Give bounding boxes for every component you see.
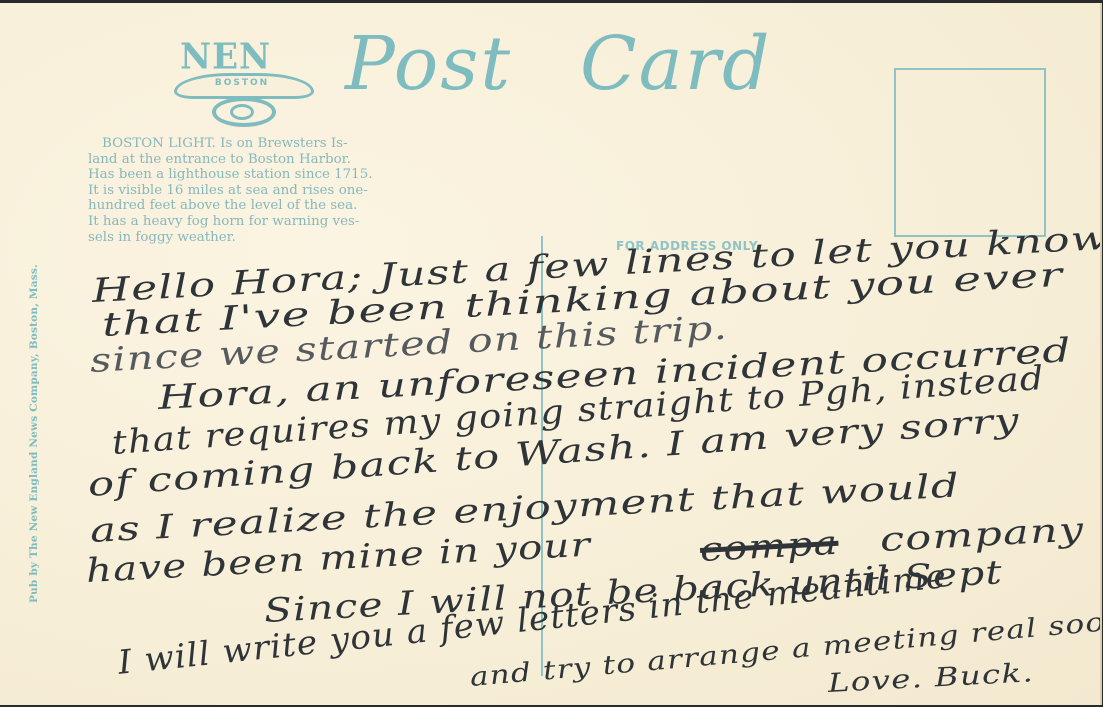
title-post: Post [345, 21, 512, 107]
logo-swirl-icon [212, 97, 276, 127]
description-line: hundred feet above the level of the sea. [88, 198, 533, 214]
handwritten-line: company [879, 509, 1085, 559]
logo-letters: NEN [180, 36, 271, 78]
description-line: land at the entrance to Boston Harbor. [88, 152, 533, 168]
description-line: BOSTON LIGHT. Is on Brewsters Is- [88, 136, 533, 152]
postcard-back: NEN BOSTON Post Card BOSTON LIGHT. Is on… [0, 3, 1102, 705]
publisher-logo: NEN BOSTON [172, 33, 312, 121]
logo-ribbon-text: BOSTON [172, 78, 312, 88]
publisher-credit: Pub by The New England News Company, Bos… [28, 264, 40, 603]
stamp-box [894, 68, 1046, 237]
title-card: Card [580, 21, 771, 107]
description-line: sels in foggy weather. [88, 230, 533, 246]
description-line: It has a heavy fog horn for warning ves- [88, 214, 533, 230]
description-line: Has been a lighthouse station since 1715… [88, 167, 533, 183]
signature: Love. Buck. [827, 658, 1034, 699]
description-line: It is visible 16 miles at sea and rises … [88, 183, 533, 199]
description-text: BOSTON LIGHT. Is on Brewsters Is- land a… [88, 136, 533, 245]
